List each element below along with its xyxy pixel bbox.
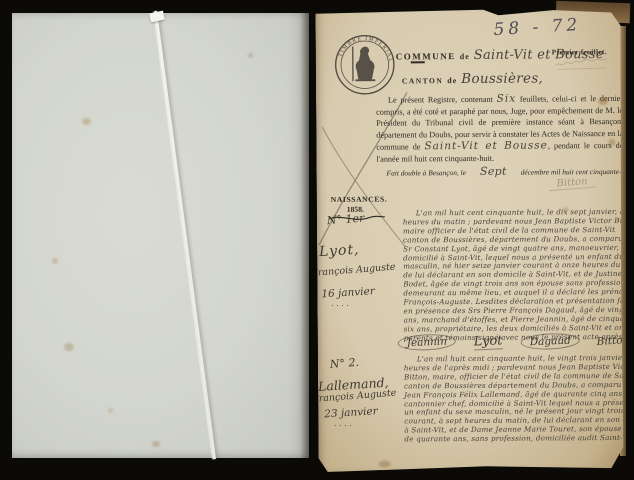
birth-act-2-body: L'an mil huit cent cinquante huit, le vi… <box>404 354 631 445</box>
canton-de: de <box>447 76 457 85</box>
foxing-spot <box>52 258 58 264</box>
signature: Dagaud <box>520 332 580 350</box>
stamp-figure-icon <box>352 46 376 81</box>
left-blank-page <box>12 13 309 458</box>
signature: Lyot <box>473 333 502 350</box>
foxing-spot <box>152 441 160 447</box>
canton-value: Boussières, <box>461 70 543 87</box>
foxing-spot <box>64 343 74 351</box>
page-crease <box>154 11 216 460</box>
section-dash <box>411 61 425 63</box>
dated-day: Sept <box>480 165 507 178</box>
signatures-row: Jeannin Lyot Dagaud Bitton <box>398 333 630 351</box>
dated-before: Fait double à Besançon, le <box>387 168 466 178</box>
foxing-spot <box>82 118 91 125</box>
entry-name: Lyot, <box>319 242 360 260</box>
foxing-spot <box>108 408 113 413</box>
foxing-spot <box>563 207 569 212</box>
section-title: NAISSANCES. <box>331 195 388 204</box>
commune-value: Saint-Vit et Bousse <box>474 47 604 63</box>
commune-inline-value: Saint-Vit et Bousse <box>424 139 548 152</box>
canton-label: CANTON <box>402 76 443 85</box>
folio-number: 58 - 72 <box>493 15 582 40</box>
commune-de: de <box>460 52 470 61</box>
canton-line: CANTON de Boussières, <box>402 69 543 88</box>
commune-line: COMMUNE de Saint-Vit et Bousse <box>396 45 604 64</box>
scanned-register-photo: { "document_kind": "Registre d'état civi… <box>0 0 634 480</box>
foxing-spot <box>248 53 253 58</box>
preamble-text: Le présent Registre, contenant <box>388 95 497 105</box>
dated-after: décembre mil huit cent cinquante-sept. <box>521 167 634 177</box>
entry-number: N° 2. <box>329 356 359 371</box>
register-preamble: Le présent Registre, contenant Six feuil… <box>376 93 623 165</box>
date-dots: .... <box>334 419 354 428</box>
date-dots: .... <box>331 299 351 308</box>
foxing-spot <box>608 139 615 146</box>
foxing-spot <box>598 97 608 105</box>
feuillets-count: Six <box>497 93 517 105</box>
foxing-spot <box>379 461 391 468</box>
birth-act-1-body: L'an mil huit cent cinquante huit, le di… <box>403 208 630 343</box>
signature: Jeannin <box>397 333 456 351</box>
dated-line: Fait double à Besançon, leSeptdécembre m… <box>386 164 634 179</box>
entry-firstnames: François Auguste <box>311 262 396 279</box>
register-page: 58 - 72 Premier feuillet. TIMBRE IMPÉRIA… <box>315 7 623 472</box>
clerk-signature: Bitton <box>548 175 596 191</box>
commune-label: COMMUNE <box>396 51 456 61</box>
handwritten-line: de quarante ans, sans profession, domici… <box>404 434 630 444</box>
fold-corner <box>149 11 165 23</box>
